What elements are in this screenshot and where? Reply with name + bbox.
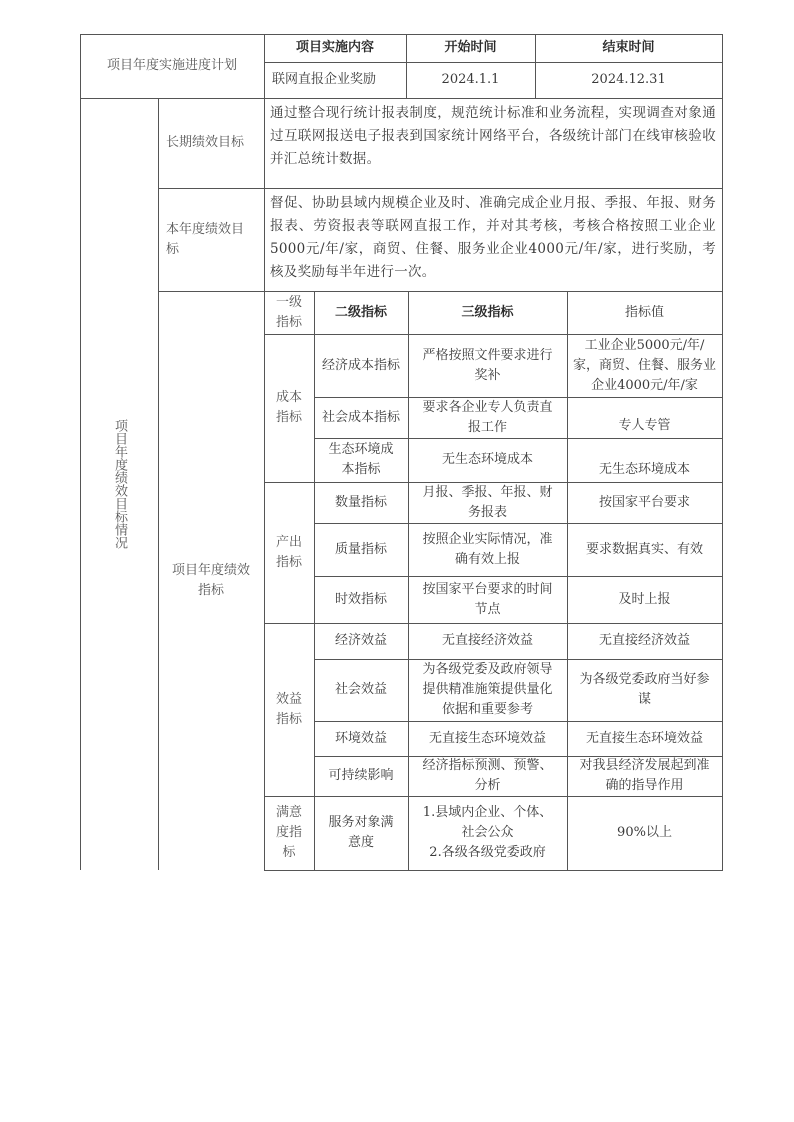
document-page: 项目年度实施进度计划 项目实施内容 开始时间 结束时间 联网直报企业奖励 202…	[0, 0, 794, 1122]
group-satisfaction-label: 满意度指标	[264, 796, 314, 870]
value-cell: 无生态环境成本	[567, 438, 722, 482]
level2-cell: 服务对象满意度	[314, 796, 408, 870]
value-cell: 要求数据真实、有效	[567, 523, 722, 576]
group-cost-label: 成本指标	[264, 334, 314, 482]
header-level3: 三级指标	[408, 291, 567, 334]
header-level2: 二级指标	[314, 291, 408, 334]
level3-cell: 无直接生态环境效益	[408, 721, 567, 756]
level3-cell: 月报、季报、年报、财务报表	[408, 482, 567, 523]
schedule-header-content: 项目实施内容	[264, 34, 406, 62]
value-cell: 按国家平台要求	[567, 482, 722, 523]
group-output-label: 产出指标	[264, 482, 314, 623]
value-cell: 专人专管	[567, 397, 722, 438]
value-cell: 无直接生态环境效益	[567, 721, 722, 756]
schedule-header-end: 结束时间	[535, 34, 722, 62]
level3-cell: 无生态环境成本	[408, 438, 567, 482]
value-cell: 工业企业5000元/年/家，商贸、住餐、服务业企业4000元/年/家	[567, 334, 722, 397]
level2-cell: 时效指标	[314, 576, 408, 623]
level3-cell: 为各级党委及政府领导提供精准施策提供量化依据和重要参考	[408, 659, 567, 721]
level3-cell: 经济指标预测、预警、分析	[408, 756, 567, 796]
header-value: 指标值	[567, 291, 722, 334]
level2-cell: 社会效益	[314, 659, 408, 721]
schedule-end-date: 2024.12.31	[535, 62, 722, 98]
schedule-start-date: 2024.1.1	[406, 62, 535, 98]
level2-cell: 环境效益	[314, 721, 408, 756]
schedule-header-start: 开始时间	[406, 34, 535, 62]
group-benefit-label: 效益指标	[264, 623, 314, 796]
long-term-goal-text: 通过整合现行统计报表制度，规范统计标准和业务流程，实现调查对象通过互联网报送电子…	[264, 98, 722, 188]
indicators-label: 项目年度绩效指标	[158, 291, 264, 871]
performance-section-label-text: 项目年度绩效目标情况	[112, 419, 126, 549]
level2-cell: 经济成本指标	[314, 334, 408, 397]
level3-cell: 按照企业实际情况，准确有效上报	[408, 523, 567, 576]
annual-goal-label: 本年度绩效目标	[158, 188, 264, 291]
value-cell: 为各级党委政府当好参谋	[567, 659, 722, 721]
schedule-content: 联网直报企业奖励	[264, 62, 406, 98]
value-cell: 无直接经济效益	[567, 623, 722, 659]
value-cell: 及时上报	[567, 576, 722, 623]
annual-goal-text: 督促、协助县域内规模企业及时、准确完成企业月报、季报、年报、财务报表、劳资报表等…	[264, 188, 722, 291]
long-term-goal-label: 长期绩效目标	[158, 98, 264, 188]
value-cell: 90%以上	[567, 796, 722, 870]
level2-cell: 经济效益	[314, 623, 408, 659]
level3-cell: 严格按照文件要求进行奖补	[408, 334, 567, 397]
level3-cell: 1.县域内企业、个体、社会公众 2.各级各级党委政府	[408, 796, 567, 870]
performance-section-label: 项目年度绩效目标情况	[80, 98, 158, 870]
level3-cell: 按国家平台要求的时间节点	[408, 576, 567, 623]
level3-cell: 要求各企业专人负责直报工作	[408, 397, 567, 438]
value-cell: 对我县经济发展起到准确的指导作用	[567, 756, 722, 796]
level2-cell: 数量指标	[314, 482, 408, 523]
level2-cell: 可持续影响	[314, 756, 408, 796]
header-level1: 一级指标	[264, 291, 314, 334]
level3-cell: 无直接经济效益	[408, 623, 567, 659]
rule	[264, 870, 723, 871]
level2-cell: 社会成本指标	[314, 397, 408, 438]
level2-cell: 质量指标	[314, 523, 408, 576]
rule	[722, 34, 723, 291]
level2-cell: 生态环境成本指标	[314, 438, 408, 482]
rule	[722, 291, 723, 871]
schedule-label: 项目年度实施进度计划	[80, 34, 264, 98]
